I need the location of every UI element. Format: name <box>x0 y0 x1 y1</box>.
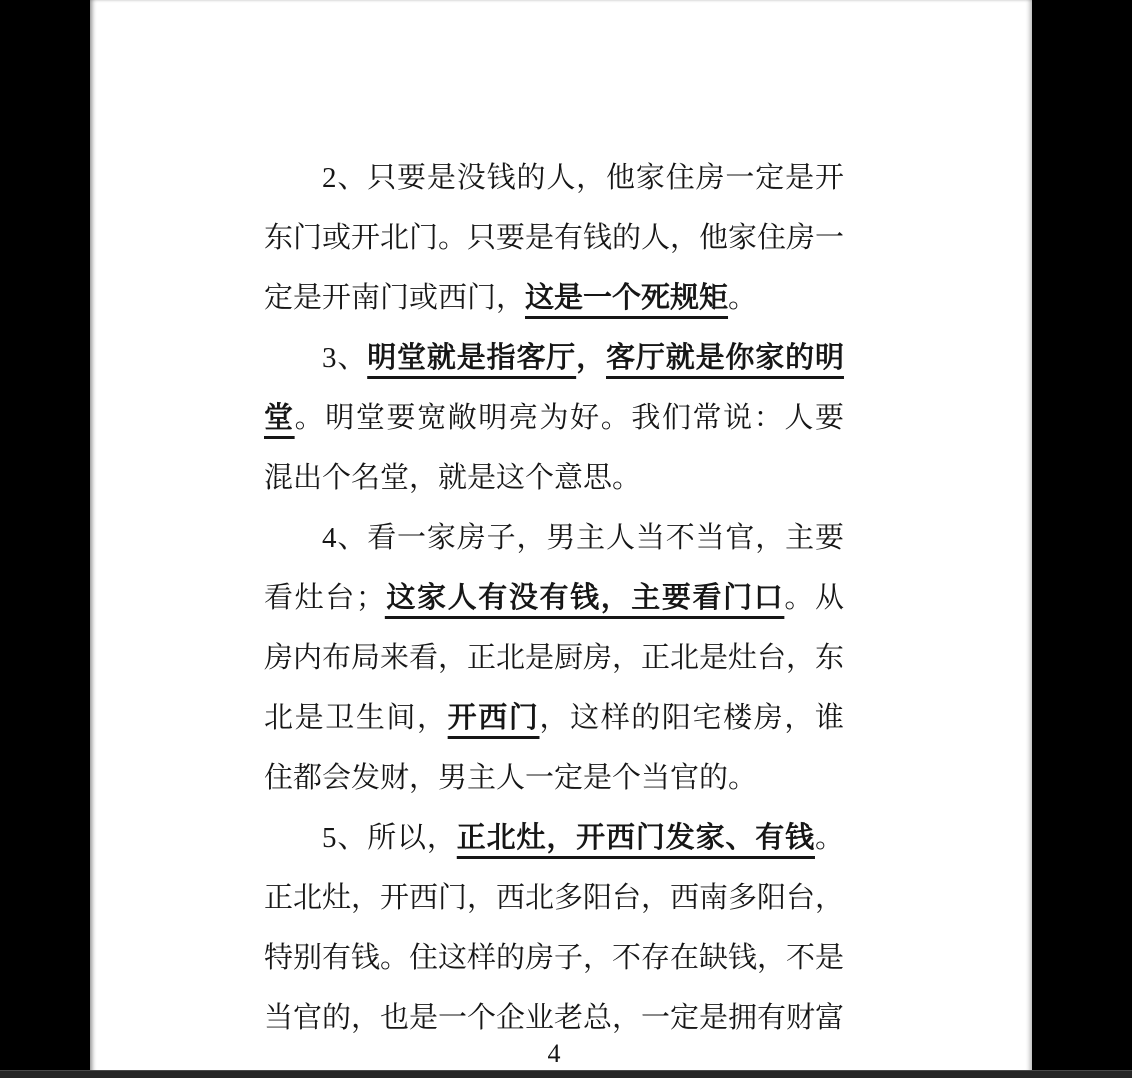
paragraph-5: 5、所以，正北灶，开西门发家、有钱。正北灶，开西门，西北多阳台，西南多阳台，特别… <box>264 808 844 1048</box>
page-number: 4 <box>264 1040 844 1068</box>
paragraph-2: 2、只要是没钱的人，他家住房一定是开东门或开北门。只要是有钱的人，他家住房一定是… <box>264 148 844 328</box>
text-run: 。明堂要宽敞明亮为好。我们常说：人要混出个名堂，就是这个意思。 <box>264 402 844 494</box>
right-scanner-band <box>1032 0 1132 1078</box>
text-run: 3、 <box>322 342 367 374</box>
document-page: 2、只要是没钱的人，他家住房一定是开东门或开北门。只要是有钱的人，他家住房一定是… <box>90 0 1032 1078</box>
emphasized-text-run: 这家人有没有钱，主要看门口 <box>385 582 785 614</box>
scanned-document-view: { "colors": { "canvas": "#000000", "pape… <box>0 0 1132 1078</box>
page-bottom-scan-bar <box>0 1070 1132 1078</box>
emphasized-text-run: 正北灶，开西门发家、有钱 <box>457 822 815 854</box>
emphasized-text-run: 这是一个死规矩 <box>525 282 728 314</box>
text-run: 5、所以， <box>322 822 457 854</box>
body-text: 2、只要是没钱的人，他家住房一定是开东门或开北门。只要是有钱的人，他家住房一定是… <box>264 148 844 1048</box>
left-scanner-band <box>0 0 90 1078</box>
text-run: 。 <box>728 282 757 314</box>
paragraph-3: 3、明堂就是指客厅，客厅就是你家的明堂。明堂要宽敞明亮为好。我们常说：人要混出个… <box>264 328 844 508</box>
emphasized-text-run: 开西门 <box>448 702 540 734</box>
paragraph-4: 4、看一家房子，男主人当不当官，主要看灶台；这家人有没有钱，主要看门口。从房内布… <box>264 508 844 808</box>
bold-text-run: ， <box>576 342 606 374</box>
emphasized-text-run: 明堂就是指客厅 <box>367 342 576 374</box>
